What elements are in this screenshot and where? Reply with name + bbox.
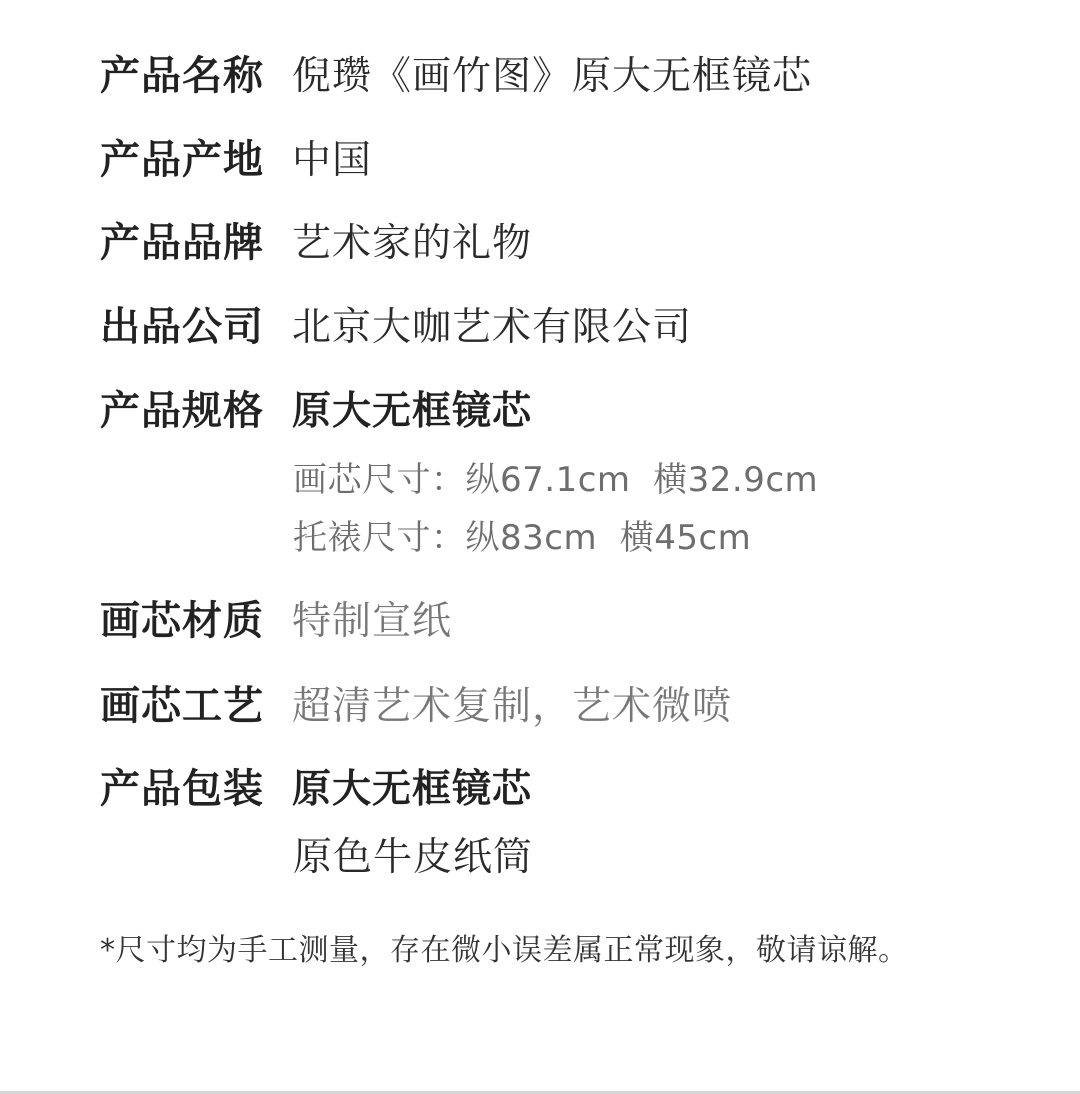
spec-label: 产品品牌 bbox=[100, 211, 292, 268]
spec-label: 画芯工艺 bbox=[100, 674, 292, 731]
spec-value: 倪瓒《画竹图》原大无框镜芯 bbox=[292, 45, 812, 101]
spec-row-packaging: 产品包装 原大无框镜芯 bbox=[100, 757, 532, 814]
spec-label: 产品名称 bbox=[100, 44, 292, 101]
spec-row-specification: 产品规格 原大无框镜芯 bbox=[100, 379, 532, 436]
spec-label: 产品产地 bbox=[100, 128, 292, 185]
spec-value: 中国 bbox=[292, 129, 372, 185]
spec-value: 原大无框镜芯 bbox=[292, 380, 532, 436]
spec-row-origin: 产品产地 中国 bbox=[100, 128, 372, 185]
core-size-detail: 画芯尺寸：纵67.1cm 横32.9cm bbox=[293, 452, 818, 501]
spec-value: 北京大咖艺术有限公司 bbox=[292, 296, 692, 352]
spec-label: 产品包装 bbox=[100, 757, 292, 814]
spec-label: 出品公司 bbox=[100, 295, 292, 352]
spec-row-product-name: 产品名称 倪瓒《画竹图》原大无框镜芯 bbox=[100, 44, 812, 101]
spec-row-craft: 画芯工艺 超清艺术复制，艺术微喷 bbox=[100, 674, 732, 731]
spec-label: 画芯材质 bbox=[100, 589, 292, 646]
spec-row-material: 画芯材质 特制宣纸 bbox=[100, 589, 452, 646]
spec-label: 产品规格 bbox=[100, 379, 292, 436]
mount-size-detail: 托裱尺寸：纵83cm 横45cm bbox=[293, 510, 751, 559]
spec-value: 特制宣纸 bbox=[292, 590, 452, 646]
spec-row-company: 出品公司 北京大咖艺术有限公司 bbox=[100, 295, 692, 352]
spec-value: 原大无框镜芯 bbox=[292, 758, 532, 814]
measurement-footnote: *尺寸均为手工测量，存在微小误差属正常现象，敬请谅解。 bbox=[100, 925, 909, 969]
packaging-detail: 原色牛皮纸筒 bbox=[293, 826, 533, 882]
spec-value: 艺术家的礼物 bbox=[292, 212, 532, 268]
spec-row-brand: 产品品牌 艺术家的礼物 bbox=[100, 211, 532, 268]
spec-value: 超清艺术复制，艺术微喷 bbox=[292, 675, 732, 731]
